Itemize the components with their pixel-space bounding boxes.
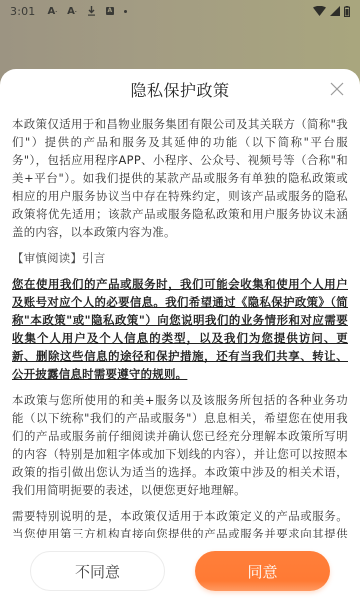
policy-paragraph-intro: 本政策仅适用于和昌物业服务集团有限公司及其关联方（简称"我们"）提供的产品和服务… bbox=[12, 115, 348, 241]
download-icon bbox=[87, 6, 96, 16]
signal-icon bbox=[330, 6, 340, 16]
policy-paragraph-bold-notice: 您在使用我们的产品或服务时，我们可能会收集和使用个人用户及账号对应个人的必要信息… bbox=[12, 275, 348, 383]
dialog-header: 隐私保护政策 bbox=[0, 69, 360, 109]
policy-paragraph-scope: 本政策与您所使用的和美+服务以及该服务所包括的各种业务功能（以下统称"我们的产品… bbox=[12, 391, 348, 499]
dialog-title: 隐私保护政策 bbox=[130, 78, 229, 101]
app-a-icon: A bbox=[106, 7, 114, 15]
wifi-icon bbox=[313, 6, 326, 16]
policy-content-scroll[interactable]: 本政策仅适用于和昌物业服务集团有限公司及其关联方（简称"我们"）提供的产品和服务… bbox=[0, 115, 360, 538]
status-bar: 3:01 A. A. A bbox=[0, 0, 360, 22]
status-time: 3:01 bbox=[10, 5, 36, 18]
close-icon[interactable] bbox=[328, 80, 346, 98]
section-tag-careful-reading: 【审慎阅读】引言 bbox=[12, 249, 348, 267]
font-a-icon: A. bbox=[67, 6, 77, 17]
status-right-icons bbox=[313, 6, 350, 17]
policy-paragraph-third-party: 需要特别说明的是，本政策仅适用于本政策定义的产品或服务。当您使用第三方机构直接向… bbox=[12, 507, 348, 538]
font-a-icon: A. bbox=[48, 6, 58, 17]
decline-button[interactable]: 不同意 bbox=[30, 551, 165, 591]
battery-icon bbox=[344, 6, 350, 17]
agree-button[interactable]: 同意 bbox=[195, 551, 330, 591]
dot-icon bbox=[124, 10, 127, 13]
privacy-dialog: 隐私保护政策 本政策仅适用于和昌物业服务集团有限公司及其关联方（简称"我们"）提… bbox=[0, 69, 360, 600]
dialog-footer: 不同意 同意 bbox=[0, 538, 360, 600]
